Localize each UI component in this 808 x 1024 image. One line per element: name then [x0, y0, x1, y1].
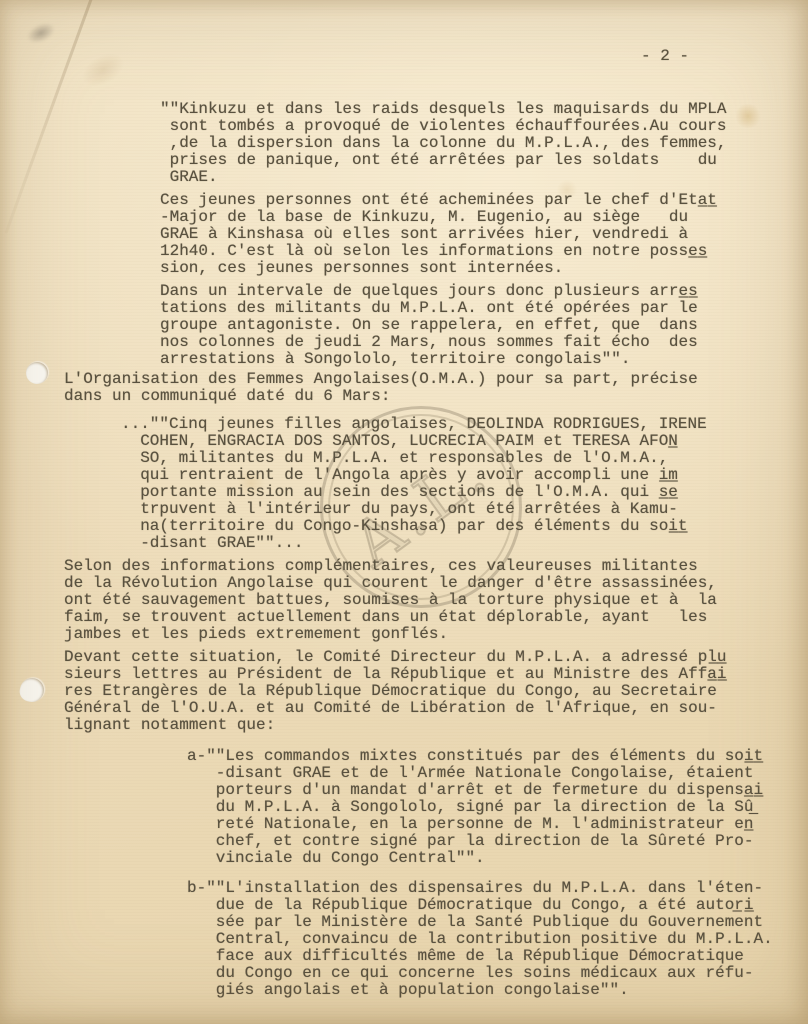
paragraph-quote1-p3: Dans un intervale de quelques jours donc… [160, 283, 698, 368]
paragraph-oma-intro: L'Organisation des Femmes Angolaises(O.M… [64, 371, 698, 405]
paper-stain [76, 46, 130, 93]
paragraph-oma-quote: ...""Cinq jeunes filles angolaises, DEOL… [121, 416, 707, 552]
staple-smudge [24, 19, 59, 48]
scanned-document-page: A.L. - 2 - ""Kinkuzu et dans les raids d… [0, 0, 808, 1024]
punch-hole-bottom [17, 675, 46, 704]
paragraph-quote1-p2: Ces jeunes personnes ont été acheminées … [160, 192, 717, 277]
paragraph-item-a: a-""Les commandos mixtes constitués par … [187, 748, 763, 867]
paper-stain [734, 104, 762, 128]
paragraph-selon: Selon des informations complémentaires, … [64, 558, 717, 643]
page-number: - 2 - [641, 48, 689, 65]
paragraph-quote1-p1: ""Kinkuzu et dans les raids desquels les… [160, 101, 727, 186]
paragraph-devant: Devant cette situation, le Comité Direct… [64, 649, 727, 734]
paragraph-item-b: b-""L'installation des dispensaires du M… [187, 880, 773, 999]
punch-hole-top [26, 362, 48, 384]
fold-crease [4, 0, 94, 234]
